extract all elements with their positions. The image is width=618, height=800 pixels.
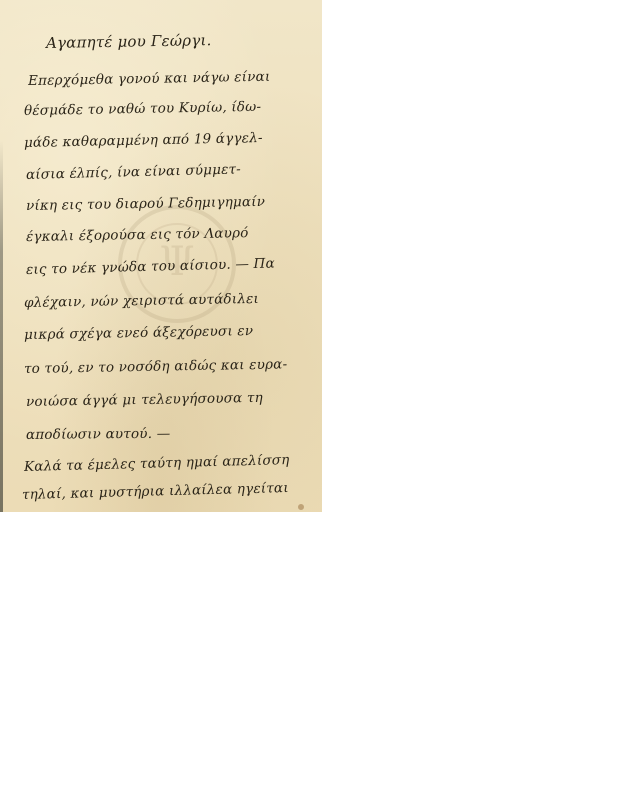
letter-line: αποδίωσιν αυτού. — <box>26 426 171 443</box>
letter-salutation: Αγαπητέ μου Γεώργι. <box>46 31 212 52</box>
letter-line: μάδε καθαραμμένη από 19 άγγελ- <box>24 130 263 151</box>
letter-line: Επερχόμεθα γονού και νάγω είναι <box>28 69 271 89</box>
letter-page: Ψ Αγαπητέ μου Γεώργι. Επερχόμεθα γονού κ… <box>0 0 322 512</box>
scan-edge-shadow <box>0 140 3 512</box>
letter-line: εις το νέκ γνώδα του αίσιου. — Πα <box>26 255 275 278</box>
letter-line: αίσια έλπίς, ίνα είναι σύμμετ- <box>26 161 241 183</box>
letter-line: τηλαί, και μυστήρια ιλλαίλεα ηγείται <box>22 480 289 503</box>
paper-stain <box>298 504 304 510</box>
letter-line: μικρά σχέγα ενεό άξεχόρευσι εν <box>24 323 253 343</box>
letter-line: το τού, εν το νοσόδη αιδώς και ευρα- <box>24 356 288 377</box>
letter-line: φλέχαιν, νών χειριστά αυτάδιλει <box>24 291 259 311</box>
letter-line: νοιώσα άγγά μι τελευγήσουσα τη <box>26 390 263 410</box>
letter-line: Καλά τα έμελες ταύτη ημαί απελίσση <box>24 452 290 475</box>
letter-line: νίκη εις του διαρού Γεδημιγημαίν <box>26 194 265 214</box>
letter-line: θέσμάδε το ναθώ του Κυρίω, ίδω- <box>24 99 261 119</box>
